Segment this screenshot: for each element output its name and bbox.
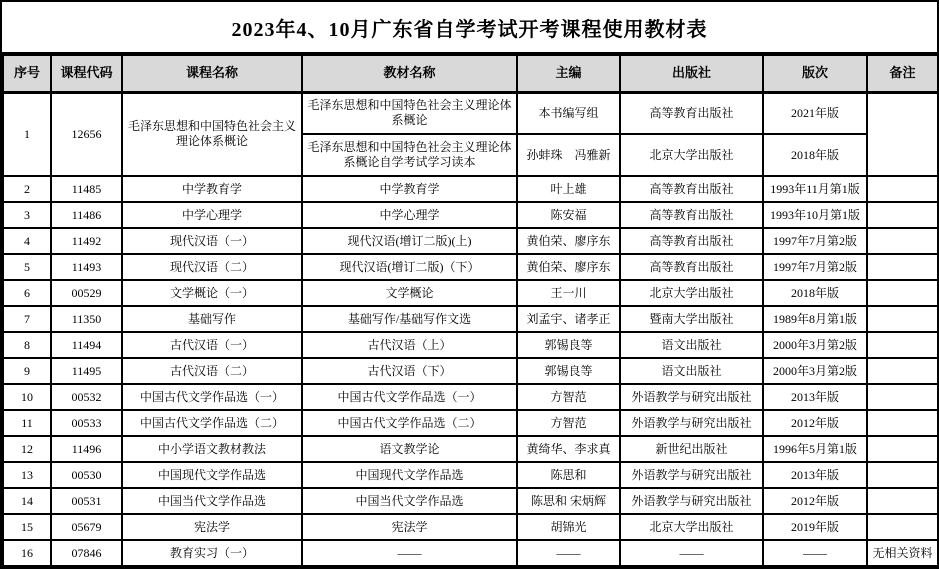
cell-code: 12656 — [51, 92, 122, 176]
cell-note — [867, 436, 938, 462]
cell-book: 中国古代文学作品选（二） — [302, 410, 517, 436]
cell-publisher: 高等教育出版社 — [620, 176, 763, 202]
cell-note — [867, 92, 938, 176]
cell-publisher: 新世纪出版社 — [620, 436, 763, 462]
table-row: 511493现代汉语（二）现代汉语(增订二版)（下）黄伯荣、廖序东高等教育出版社… — [3, 254, 938, 280]
cell-code: 11496 — [51, 436, 122, 462]
cell-edition: 2012年版 — [763, 488, 867, 514]
cell-editor: 陈思和 — [517, 462, 620, 488]
cell-code: 00532 — [51, 384, 122, 410]
cell-publisher: 高等教育出版社 — [620, 202, 763, 228]
cell-editor: 黄伯荣、廖序东 — [517, 254, 620, 280]
cell-code: 11485 — [51, 176, 122, 202]
cell-editor: 陈安福 — [517, 202, 620, 228]
cell-no: 8 — [3, 332, 51, 358]
cell-course: 现代汉语（二） — [122, 254, 302, 280]
cell-no: 11 — [3, 410, 51, 436]
cell-publisher: 外语教学与研究出版社 — [620, 410, 763, 436]
page-title: 2023年4、10月广东省自学考试开考课程使用教材表 — [232, 13, 708, 42]
header-editor: 主编 — [517, 55, 620, 92]
cell-note — [867, 410, 938, 436]
cell-code: 11494 — [51, 332, 122, 358]
cell-editor: 黄绮华、李求真 — [517, 436, 620, 462]
cell-course: 毛泽东思想和中国特色社会主义理论体系概论 — [122, 92, 302, 176]
cell-course: 古代汉语（二） — [122, 358, 302, 384]
cell-publisher: 高等教育出版社 — [620, 254, 763, 280]
table-row: 711350基础写作基础写作/基础写作文选刘孟宇、诸孝正暨南大学出版社1989年… — [3, 306, 938, 332]
cell-edition: 2000年3月第2版 — [763, 332, 867, 358]
cell-publisher: 外语教学与研究出版社 — [620, 488, 763, 514]
cell-publisher: —— — [620, 540, 763, 566]
table-row: 1300530中国现代文学作品选中国现代文学作品选陈思和外语教学与研究出版社20… — [3, 462, 938, 488]
cell-note — [867, 514, 938, 540]
cell-book: 毛泽东思想和中国特色社会主义理论体系概论自学考试学习读本 — [302, 134, 517, 176]
header-book: 教材名称 — [302, 55, 517, 92]
cell-code: 11493 — [51, 254, 122, 280]
table-row: 112656毛泽东思想和中国特色社会主义理论体系概论毛泽东思想和中国特色社会主义… — [3, 92, 938, 134]
cell-edition: 1989年8月第1版 — [763, 306, 867, 332]
cell-publisher: 高等教育出版社 — [620, 92, 763, 134]
textbook-table: 序号 课程代码 课程名称 教材名称 主编 出版社 版次 备注 112656毛泽东… — [2, 54, 939, 567]
cell-no: 9 — [3, 358, 51, 384]
table-row: 1100533中国古代文学作品选（二）中国古代文学作品选（二）方智范外语教学与研… — [3, 410, 938, 436]
cell-note — [867, 176, 938, 202]
cell-editor: 胡锦光 — [517, 514, 620, 540]
cell-course: 现代汉语（一） — [122, 228, 302, 254]
cell-book: 中国现代文学作品选 — [302, 462, 517, 488]
cell-course: 基础写作 — [122, 306, 302, 332]
cell-book: 中国古代文学作品选（一） — [302, 384, 517, 410]
cell-note — [867, 254, 938, 280]
cell-no: 13 — [3, 462, 51, 488]
cell-edition: 2021年版 — [763, 92, 867, 134]
cell-no: 3 — [3, 202, 51, 228]
cell-course: 教育实习（一） — [122, 540, 302, 566]
table-row: 1400531中国当代文学作品选中国当代文学作品选陈思和 宋炳辉外语教学与研究出… — [3, 488, 938, 514]
cell-note — [867, 384, 938, 410]
cell-publisher: 语文出版社 — [620, 358, 763, 384]
cell-publisher: 外语教学与研究出版社 — [620, 462, 763, 488]
table-row: 1000532中国古代文学作品选（一）中国古代文学作品选（一）方智范外语教学与研… — [3, 384, 938, 410]
cell-edition: 2000年3月第2版 — [763, 358, 867, 384]
header-no: 序号 — [3, 55, 51, 92]
cell-code: 00529 — [51, 280, 122, 306]
cell-note — [867, 306, 938, 332]
cell-publisher: 语文出版社 — [620, 332, 763, 358]
cell-publisher: 暨南大学出版社 — [620, 306, 763, 332]
cell-editor: 方智范 — [517, 410, 620, 436]
cell-editor: 孙蚌珠 冯雅新 — [517, 134, 620, 176]
cell-edition: 1996年5月第1版 — [763, 436, 867, 462]
cell-no: 6 — [3, 280, 51, 306]
cell-publisher: 北京大学出版社 — [620, 134, 763, 176]
cell-code: 07846 — [51, 540, 122, 566]
cell-edition: 2013年版 — [763, 384, 867, 410]
cell-publisher: 北京大学出版社 — [620, 514, 763, 540]
cell-book: 文学概论 — [302, 280, 517, 306]
cell-course: 中国古代文学作品选（一） — [122, 384, 302, 410]
cell-note — [867, 228, 938, 254]
cell-code: 00530 — [51, 462, 122, 488]
cell-course: 中国现代文学作品选 — [122, 462, 302, 488]
cell-book: 中国当代文学作品选 — [302, 488, 517, 514]
cell-edition: 2012年版 — [763, 410, 867, 436]
cell-note — [867, 358, 938, 384]
cell-book: 毛泽东思想和中国特色社会主义理论体系概论 — [302, 92, 517, 134]
table-body: 112656毛泽东思想和中国特色社会主义理论体系概论毛泽东思想和中国特色社会主义… — [3, 92, 938, 566]
cell-no: 4 — [3, 228, 51, 254]
cell-edition: —— — [763, 540, 867, 566]
cell-note — [867, 488, 938, 514]
cell-note — [867, 332, 938, 358]
cell-course: 中学心理学 — [122, 202, 302, 228]
table-row: 1505679宪法学宪法学胡锦光北京大学出版社2019年版 — [3, 514, 938, 540]
cell-no: 16 — [3, 540, 51, 566]
header-row: 序号 课程代码 课程名称 教材名称 主编 出版社 版次 备注 — [3, 55, 938, 92]
cell-editor: 黄伯荣、廖序东 — [517, 228, 620, 254]
table-row: 411492现代汉语（一）现代汉语(增订二版)(上)黄伯荣、廖序东高等教育出版社… — [3, 228, 938, 254]
cell-edition: 1993年10月第1版 — [763, 202, 867, 228]
cell-editor: —— — [517, 540, 620, 566]
cell-course: 宪法学 — [122, 514, 302, 540]
cell-editor: 郭锡良等 — [517, 358, 620, 384]
cell-publisher: 北京大学出版社 — [620, 280, 763, 306]
cell-editor: 陈思和 宋炳辉 — [517, 488, 620, 514]
cell-book: 现代汉语(增订二版)(上) — [302, 228, 517, 254]
cell-code: 11350 — [51, 306, 122, 332]
cell-no: 10 — [3, 384, 51, 410]
cell-note — [867, 202, 938, 228]
table-row: 211485中学教育学中学教育学叶上雄高等教育出版社1993年11月第1版 — [3, 176, 938, 202]
cell-book: 中学教育学 — [302, 176, 517, 202]
cell-edition: 2013年版 — [763, 462, 867, 488]
cell-course: 中学教育学 — [122, 176, 302, 202]
cell-note — [867, 462, 938, 488]
cell-book: —— — [302, 540, 517, 566]
cell-book: 现代汉语(增订二版)（下） — [302, 254, 517, 280]
table-row: 911495古代汉语（二）古代汉语（下）郭锡良等语文出版社2000年3月第2版 — [3, 358, 938, 384]
cell-code: 11492 — [51, 228, 122, 254]
cell-course: 古代汉语（一） — [122, 332, 302, 358]
cell-book: 语文教学论 — [302, 436, 517, 462]
cell-editor: 刘孟宇、诸孝正 — [517, 306, 620, 332]
cell-no: 14 — [3, 488, 51, 514]
cell-course: 中小学语文教材教法 — [122, 436, 302, 462]
cell-note: 无相关资料 — [867, 540, 938, 566]
cell-book: 古代汉语（下） — [302, 358, 517, 384]
cell-editor: 王一川 — [517, 280, 620, 306]
textbook-sheet: 2023年4、10月广东省自学考试开考课程使用教材表 序号 课程代码 课程名称 … — [0, 0, 939, 569]
cell-no: 7 — [3, 306, 51, 332]
cell-course: 文学概论（一） — [122, 280, 302, 306]
cell-editor: 郭锡良等 — [517, 332, 620, 358]
table-header: 序号 课程代码 课程名称 教材名称 主编 出版社 版次 备注 — [3, 55, 938, 92]
header-course: 课程名称 — [122, 55, 302, 92]
cell-edition: 2019年版 — [763, 514, 867, 540]
cell-code: 11486 — [51, 202, 122, 228]
cell-no: 5 — [3, 254, 51, 280]
cell-note — [867, 280, 938, 306]
cell-no: 15 — [3, 514, 51, 540]
cell-code: 00531 — [51, 488, 122, 514]
header-publisher: 出版社 — [620, 55, 763, 92]
cell-no: 2 — [3, 176, 51, 202]
cell-book: 中学心理学 — [302, 202, 517, 228]
cell-course: 中国古代文学作品选（二） — [122, 410, 302, 436]
table-row: 1607846教育实习（一）————————无相关资料 — [3, 540, 938, 566]
cell-edition: 1997年7月第2版 — [763, 254, 867, 280]
cell-course: 中国当代文学作品选 — [122, 488, 302, 514]
header-code: 课程代码 — [51, 55, 122, 92]
cell-code: 11495 — [51, 358, 122, 384]
table-row: 811494古代汉语（一）古代汉语（上）郭锡良等语文出版社2000年3月第2版 — [3, 332, 938, 358]
cell-publisher: 外语教学与研究出版社 — [620, 384, 763, 410]
cell-edition: 2018年版 — [763, 280, 867, 306]
cell-no: 1 — [3, 92, 51, 176]
cell-edition: 1997年7月第2版 — [763, 228, 867, 254]
title-bar: 2023年4、10月广东省自学考试开考课程使用教材表 — [2, 2, 937, 54]
header-note: 备注 — [867, 55, 938, 92]
header-edition: 版次 — [763, 55, 867, 92]
cell-code: 05679 — [51, 514, 122, 540]
cell-no: 12 — [3, 436, 51, 462]
cell-publisher: 高等教育出版社 — [620, 228, 763, 254]
cell-code: 00533 — [51, 410, 122, 436]
cell-edition: 2018年版 — [763, 134, 867, 176]
cell-editor: 叶上雄 — [517, 176, 620, 202]
table-row: 600529文学概论（一）文学概论王一川北京大学出版社2018年版 — [3, 280, 938, 306]
table-row: 1211496中小学语文教材教法语文教学论黄绮华、李求真新世纪出版社1996年5… — [3, 436, 938, 462]
cell-editor: 方智范 — [517, 384, 620, 410]
cell-book: 古代汉语（上） — [302, 332, 517, 358]
cell-editor: 本书编写组 — [517, 92, 620, 134]
cell-book: 基础写作/基础写作文选 — [302, 306, 517, 332]
cell-book: 宪法学 — [302, 514, 517, 540]
table-row: 311486中学心理学中学心理学陈安福高等教育出版社1993年10月第1版 — [3, 202, 938, 228]
cell-edition: 1993年11月第1版 — [763, 176, 867, 202]
